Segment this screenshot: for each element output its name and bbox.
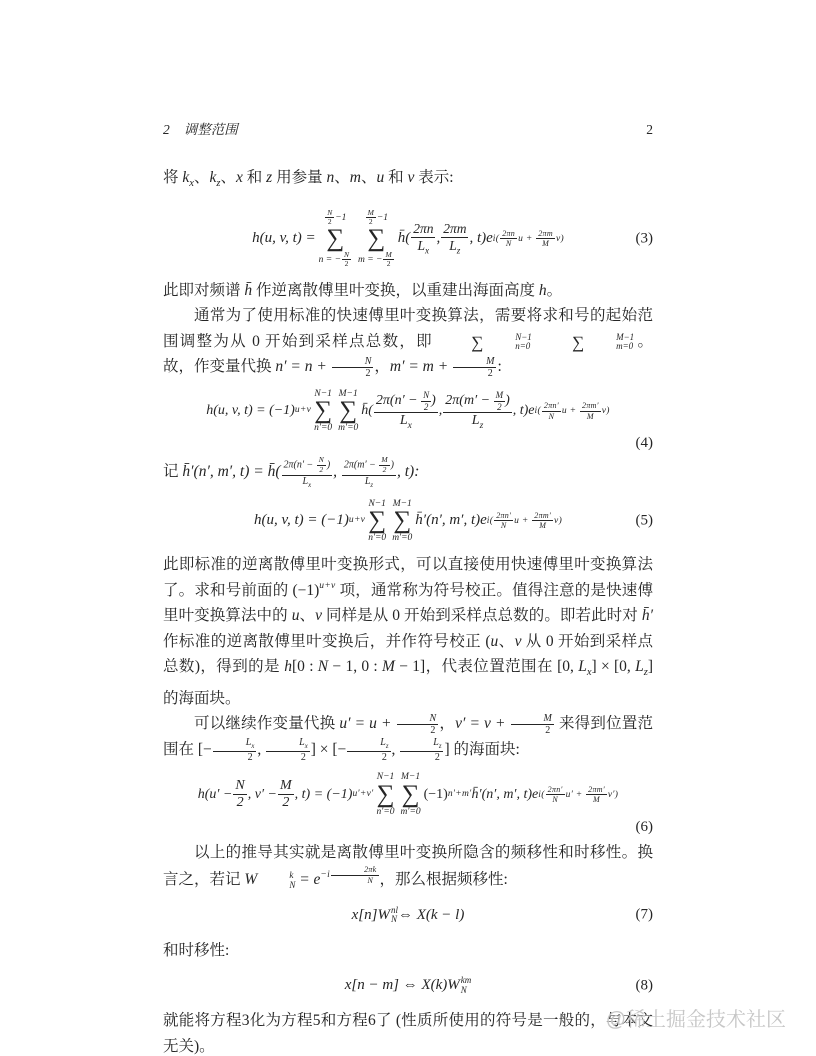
exponent: i(2πn′Nu + 2πm′Mv) — [535, 401, 610, 420]
paper-page: 2调整范围 2 将 kx、kz、x 和 z 用参量 n、m、u 和 v 表示: … — [0, 0, 816, 1056]
paragraph-sign-correction: 此即标准的逆离散傅里叶变换形式，可以直接使用快速傅里叶变换算法了。求和号前面的 … — [163, 552, 653, 711]
fraction: 2π(m′ − M2)Lz — [443, 390, 511, 431]
fraction: 2πmLz — [441, 221, 468, 256]
sum-operator: N−1 ∑ n′=0 — [368, 499, 386, 544]
sigma-glyph: ∑ — [402, 783, 420, 807]
sum-operator: M−1 ∑ m′=0 — [392, 499, 412, 544]
fraction: N2 — [397, 713, 439, 737]
equation-5: h(u, v, t) = (−1)u+v N−1 ∑ n′=0 M−1 ∑ m′… — [163, 499, 653, 544]
sum-operator: N−1 ∑ n′=0 — [377, 772, 395, 817]
running-header: 2调整范围 2 — [163, 118, 653, 138]
sub-sup-script: kmN — [461, 976, 472, 995]
equation-7: x[n]WnlN ⇔ X(k − l) (7) — [163, 906, 653, 925]
fraction: M2 — [453, 356, 496, 380]
sum-operator: M−1 ∑ m′=0 — [401, 772, 421, 817]
fraction: 2π(m′ − M2)Lz — [342, 456, 396, 489]
paragraph-shift-properties: 以上的推导其实就是离散傅里叶变换所隐含的频移性和时移性。换言之，若记 WkN =… — [163, 840, 653, 893]
fraction: M2 — [278, 778, 294, 811]
exponent: −i2πkN — [320, 870, 379, 880]
watermark: @稀土掘金技术社区 — [606, 1003, 786, 1032]
fraction: Lz2 — [400, 737, 443, 763]
paragraph-intro-variables: 将 kx、kz、x 和 z 用参量 n、m、u 和 v 表示: — [163, 165, 653, 197]
sigma-glyph: ∑ — [339, 399, 357, 423]
definition-line: 记 h̄′(n′, m′, t) = h̄(2π(n′ − N2)Lx, 2π(… — [163, 456, 653, 489]
fraction: N2 — [332, 356, 374, 380]
fraction: Lx2 — [266, 737, 310, 763]
equation-number: (3) — [636, 230, 654, 247]
inline-sum: ∑M−1m=0 — [541, 333, 634, 352]
equation-6: h(u′ − N2, v′ − M2, t) = (−1)u′+v′ N−1 ∑… — [163, 772, 653, 817]
sigma-glyph: ∑ — [367, 227, 385, 251]
equation-number: (6) — [163, 819, 653, 836]
inline-sum: ∑N−1n=0 — [440, 333, 532, 352]
equation-number: (7) — [636, 907, 654, 924]
exponent: i(2πnNu + 2πmMv) — [493, 229, 564, 248]
paragraph-time-shift: 和时移性: — [163, 938, 653, 964]
fraction: 2π(n′ − N2)Lx — [374, 390, 438, 431]
sigma-glyph: ∑ — [326, 227, 344, 251]
sum-operator: M−1 ∑ m′=0 — [338, 389, 358, 434]
equation-number: (8) — [636, 977, 654, 994]
sigma-glyph: ∑ — [368, 509, 386, 533]
section-number: 2 — [163, 122, 170, 137]
equation-number: (5) — [636, 512, 654, 529]
section-title: 调整范围 — [184, 122, 238, 137]
sigma-glyph: ∑ — [377, 783, 395, 807]
sub-sup-script: nlN — [391, 906, 398, 925]
section-heading: 2调整范围 — [163, 118, 238, 138]
sigma-glyph: ∑ — [314, 399, 332, 423]
fraction: N2 — [233, 778, 246, 811]
fraction: Lz2 — [347, 737, 390, 763]
sigma-glyph: ∑ — [393, 509, 411, 533]
sub-sup-script: kN — [258, 871, 295, 890]
sum-operator: N2−1 ∑ n = −N2 — [319, 209, 352, 269]
exponent: i(2πn′Nu′ + 2πm′Mv′) — [538, 785, 618, 804]
equation-number: (4) — [163, 435, 653, 452]
fraction: M2 — [511, 713, 554, 737]
fraction: 2πnLx — [411, 221, 435, 256]
paragraph-fft-range: 通常为了使用标准的快速傅里叶变换算法，需要将求和号的起始范围调整为从 0 开始到… — [163, 303, 653, 380]
page-number: 2 — [646, 122, 653, 138]
sum-operator: N−1 ∑ n′=0 — [314, 389, 332, 434]
equation-8: x[n − m] ⇔ X(k)WkmN (8) — [163, 976, 653, 995]
fraction: 2π(n′ − N2)Lx — [282, 456, 333, 489]
equation-4: h(u, v, t) = (−1)u+v N−1 ∑ n′=0 M−1 ∑ m′… — [163, 389, 653, 434]
paragraph-conclusion: 就能将方程3化为方程5和方程6了 (性质所使用的符号是一般的，与本文无关)。 — [163, 1008, 653, 1056]
sum-operator: M2−1 ∑ m = −M2 — [358, 209, 395, 269]
equation-3: h(u, v, t) = N2−1 ∑ n = −N2 M2−1 ∑ m = −… — [163, 209, 653, 269]
paragraph-shift-range: 可以继续作变量代换 u′ = u + N2，v′ = v + M2 来得到位置范… — [163, 711, 653, 763]
paragraph-idft: 此即对频谱 h̄ 作逆离散傅里叶变换，以重建出海面高度 h。 — [163, 278, 653, 304]
exponent: i(2πn′Nu + 2πm′Mv) — [487, 511, 562, 530]
page-content: 2调整范围 2 将 kx、kz、x 和 z 用参量 n、m、u 和 v 表示: … — [163, 118, 653, 1056]
fraction: Lx2 — [213, 737, 257, 763]
